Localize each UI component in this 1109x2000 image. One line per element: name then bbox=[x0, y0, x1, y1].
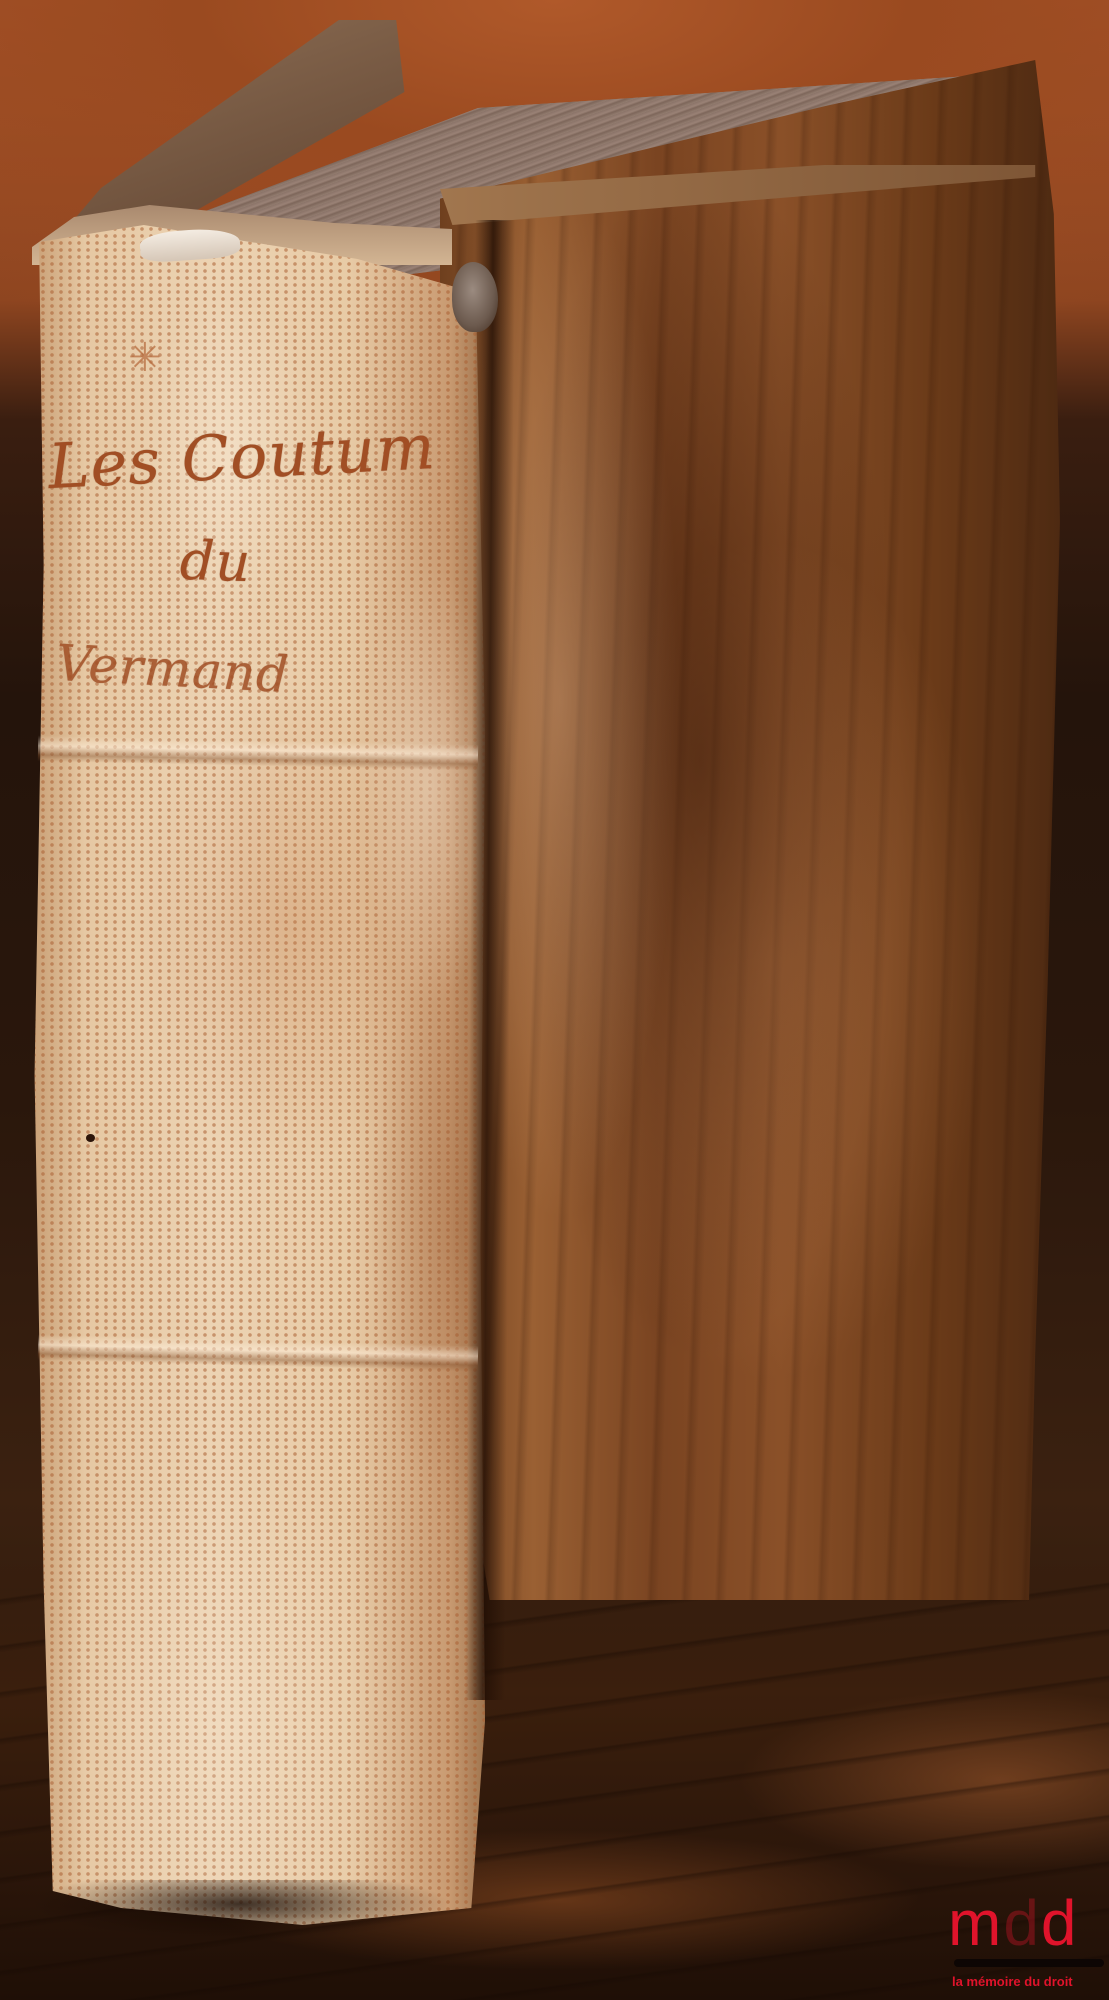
spine-foot-shadow bbox=[30, 1880, 450, 1940]
front-cover bbox=[440, 60, 1060, 1600]
spine-title-line: Les Coutum bbox=[46, 410, 437, 503]
logo-underline-bar bbox=[954, 1959, 1104, 1967]
book-photograph: ✳ Les Coutum du Vermand mdd la mémoire d… bbox=[0, 0, 1109, 2000]
spine-title-line: Vermand bbox=[55, 634, 291, 704]
logo-tagline: la mémoire du droit bbox=[952, 1974, 1109, 1989]
spine-handwritten-title: Les Coutum du Vermand bbox=[40, 420, 460, 750]
logo-letter: d bbox=[1041, 1887, 1079, 1959]
logo-letter-ghost: d bbox=[1003, 1887, 1041, 1959]
logo-mark: mdd bbox=[948, 1890, 1108, 1956]
antique-book: ✳ Les Coutum du Vermand bbox=[0, 0, 1109, 2000]
spine-title-line: du bbox=[179, 529, 253, 594]
watermark-logo: mdd la mémoire du droit bbox=[948, 1890, 1108, 1998]
spine-ornament-icon: ✳ bbox=[128, 335, 162, 381]
spine-blemish bbox=[86, 1134, 95, 1142]
logo-letter: m bbox=[948, 1887, 1003, 1959]
